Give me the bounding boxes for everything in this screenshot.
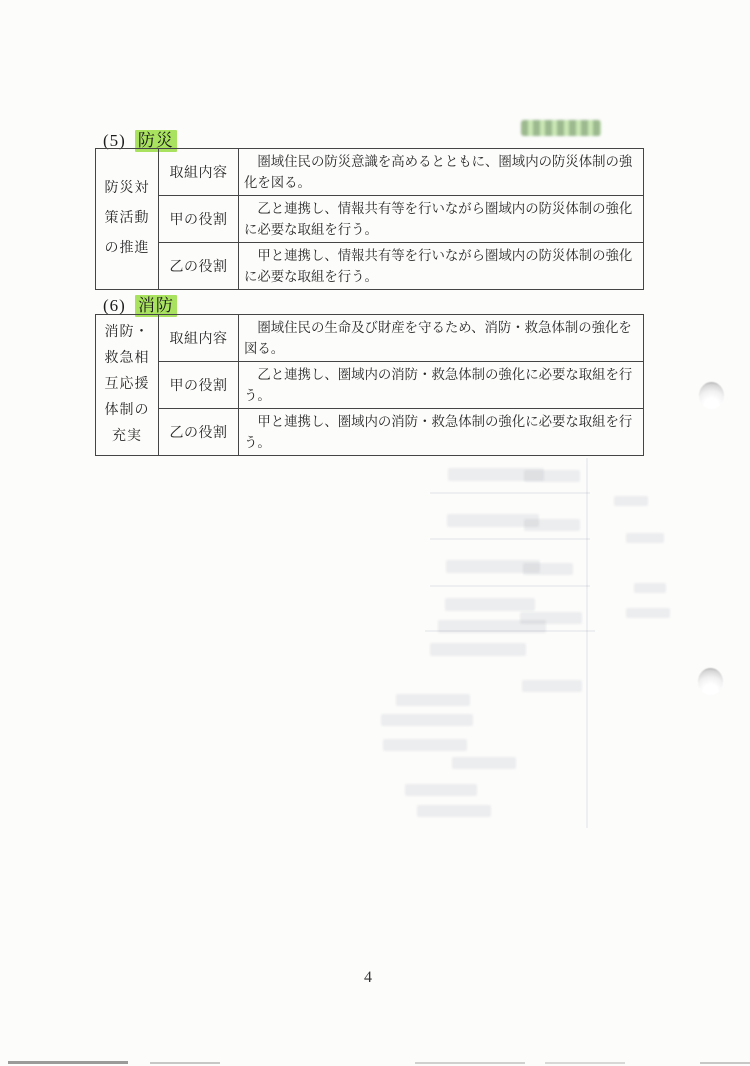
row-header-cell: 防災対 策活動 の推進 [96, 149, 159, 290]
page-number: 4 [358, 969, 378, 987]
bleed-through-smudge [438, 620, 546, 633]
row-content-cell: 圏域住民の生命及び財産を守るため、消防・救急体制の強化を図る。 [239, 315, 644, 362]
punch-hole-artifact [699, 382, 724, 409]
bleed-through-smudge [396, 694, 470, 706]
bleed-through-smudge [383, 739, 467, 751]
row-label-cell: 乙の役割 [159, 409, 239, 456]
row-label-cell: 取組内容 [159, 149, 239, 196]
bleed-through-smudge [626, 533, 664, 543]
bleed-through-smudge [626, 608, 670, 618]
bleed-through-rule [430, 538, 590, 540]
row-header-cell: 消防・ 救急相 互応援 体制の 充実 [96, 315, 159, 456]
bleed-through-rule [425, 630, 595, 632]
scan-edge-line [415, 1062, 525, 1064]
bleed-through-smudge [405, 784, 477, 796]
scan-edge-line [150, 1062, 220, 1064]
bleed-through-rule [430, 492, 590, 494]
row-label-cell: 乙の役割 [159, 243, 239, 290]
bleed-through-smudge [446, 560, 540, 573]
scanned-document-page: (5)防災 防災対 策活動 の推進 取組内容 圏域住民の防災意識を高めるとともに… [0, 0, 750, 1066]
bleed-through-smudge [634, 583, 666, 593]
bleed-through-smudge [520, 612, 582, 624]
bleed-through-rule [430, 585, 590, 587]
row-content-cell: 甲と連携し、情報共有等を行いながら圏域内の防災体制の強化に必要な取組を行う。 [239, 243, 644, 290]
disaster-prevention-table: 防災対 策活動 の推進 取組内容 圏域住民の防災意識を高めるとともに、圏域内の防… [95, 148, 644, 290]
row-content-cell: 甲と連携し、圏域内の消防・救急体制の強化に必要な取組を行う。 [239, 409, 644, 456]
fire-emergency-table: 消防・ 救急相 互応援 体制の 充実 取組内容 圏域住民の生命及び財産を守るため… [95, 314, 644, 456]
bleed-through-green-highlight [521, 120, 601, 136]
bleed-through-smudge [452, 757, 516, 769]
bleed-through-smudge [430, 643, 526, 656]
bleed-through-smudge [524, 519, 580, 531]
section-6-heading: (6)消防 [103, 291, 177, 316]
bleed-through-smudge [524, 470, 580, 482]
row-label-cell: 取組内容 [159, 315, 239, 362]
bleed-through-smudge [381, 714, 473, 726]
row-content-cell: 乙と連携し、圏域内の消防・救急体制の強化に必要な取組を行う。 [239, 362, 644, 409]
row-content-cell: 圏域住民の防災意識を高めるとともに、圏域内の防災体制の強化を図る。 [239, 149, 644, 196]
scan-edge-line [545, 1062, 625, 1064]
row-label-cell: 甲の役割 [159, 362, 239, 409]
scan-edge-line [8, 1061, 128, 1064]
bleed-through-smudge [523, 563, 573, 575]
bleed-through-rule [586, 458, 588, 828]
bleed-through-smudge [447, 514, 539, 527]
section-6-number: (6) [103, 296, 126, 315]
bleed-through-smudge [522, 680, 582, 692]
bleed-through-smudge [448, 468, 544, 481]
bleed-through-smudge [417, 805, 491, 817]
row-content-cell: 乙と連携し、情報共有等を行いながら圏域内の防災体制の強化に必要な取組を行う。 [239, 196, 644, 243]
row-label-cell: 甲の役割 [159, 196, 239, 243]
scan-edge-line [700, 1062, 750, 1064]
punch-hole-artifact [698, 668, 723, 695]
bleed-through-smudge [445, 598, 535, 611]
bleed-through-smudge [614, 496, 648, 506]
